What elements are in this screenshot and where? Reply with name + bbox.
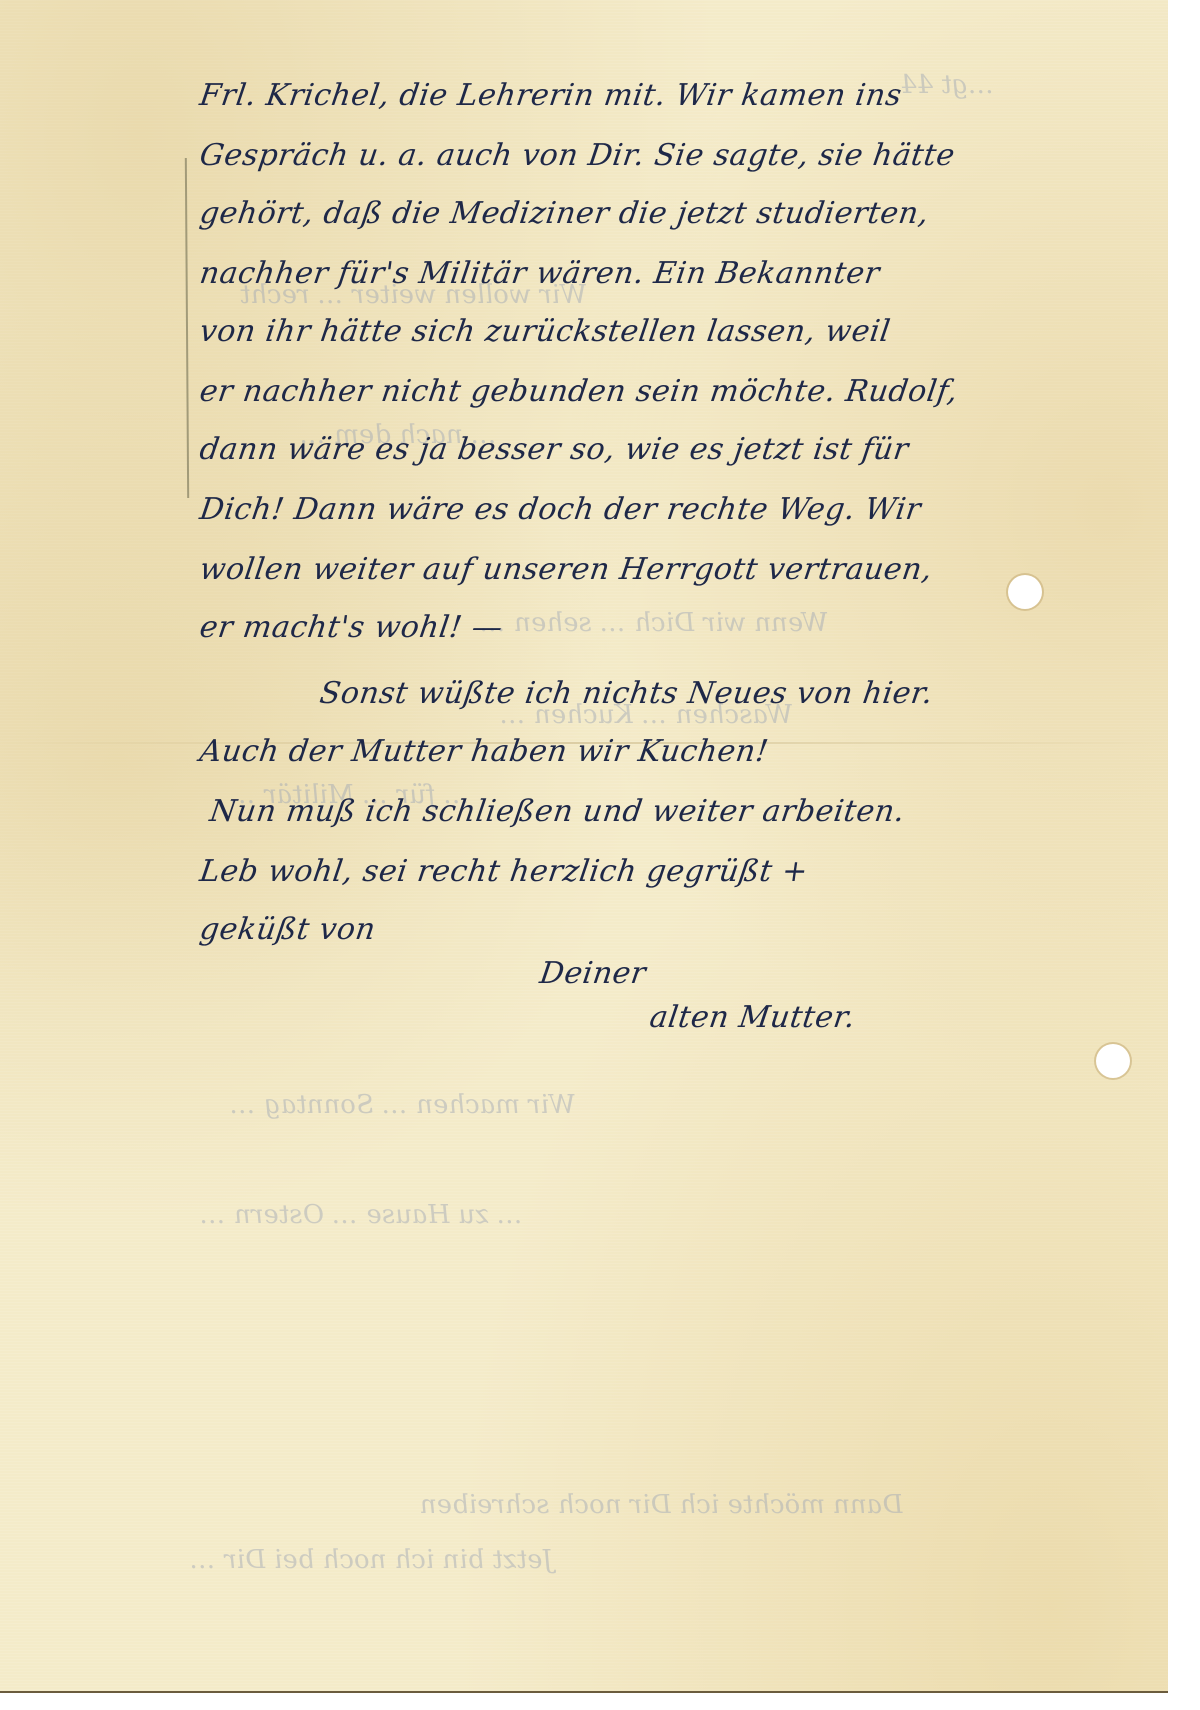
letter-line: Gespräch u. a. auch von Dir. Sie sagte, … (198, 138, 958, 173)
bleed-through-text: Jetzt bin ich noch bei Dir … (188, 1545, 554, 1575)
letter-line: Dich! Dann wäre es doch der rechte Weg. … (198, 492, 924, 527)
bleed-through-text: …gt 44 (898, 70, 996, 100)
letter-line: von ihr hätte sich zurückstellen lassen,… (198, 314, 893, 349)
bleed-through-text: … zu Hause … Ostern … (198, 1200, 524, 1230)
letter-signature: alten Mutter. (648, 1000, 858, 1035)
letter-line: Frl. Krichel, die Lehrerin mit. Wir kame… (198, 78, 904, 113)
letter-line: geküßt von (198, 912, 378, 947)
letter-line: Auch der Mutter haben wir Kuchen! (198, 734, 771, 769)
letter-line: Nun muß ich schließen und weiter arbeite… (208, 794, 908, 829)
letter-page: …gt 44 Wir wollen weiter … recht … nach … (0, 0, 1168, 1693)
bleed-through-text: Wir machen … Sonntag … (228, 1090, 576, 1120)
bleed-through-text: Dann möchte ich Dir noch schreiben (418, 1490, 904, 1520)
margin-pencil-line (185, 158, 189, 498)
letter-line: Leb wohl, sei recht herzlich gegrüßt + (198, 854, 811, 889)
letter-line: wollen weiter auf unseren Herrgott vertr… (198, 552, 935, 587)
letter-line: nachher für's Militär wären. Ein Bekannt… (198, 256, 883, 291)
letter-closing: Deiner (538, 956, 649, 991)
letter-line: er nachher nicht gebunden sein möchte. R… (198, 374, 961, 409)
letter-line: gehört, daß die Mediziner die jetzt stud… (198, 196, 932, 231)
letter-line: er macht's wohl! — (198, 610, 505, 645)
letter-line: Sonst wüßte ich nichts Neues von hier. (318, 676, 936, 711)
letter-line: dann wäre es ja besser so, wie es jetzt … (198, 432, 911, 467)
punch-hole (1008, 575, 1042, 609)
bleed-through-text: Wenn wir Dich … sehen … (478, 608, 829, 638)
punch-hole (1096, 1044, 1130, 1078)
